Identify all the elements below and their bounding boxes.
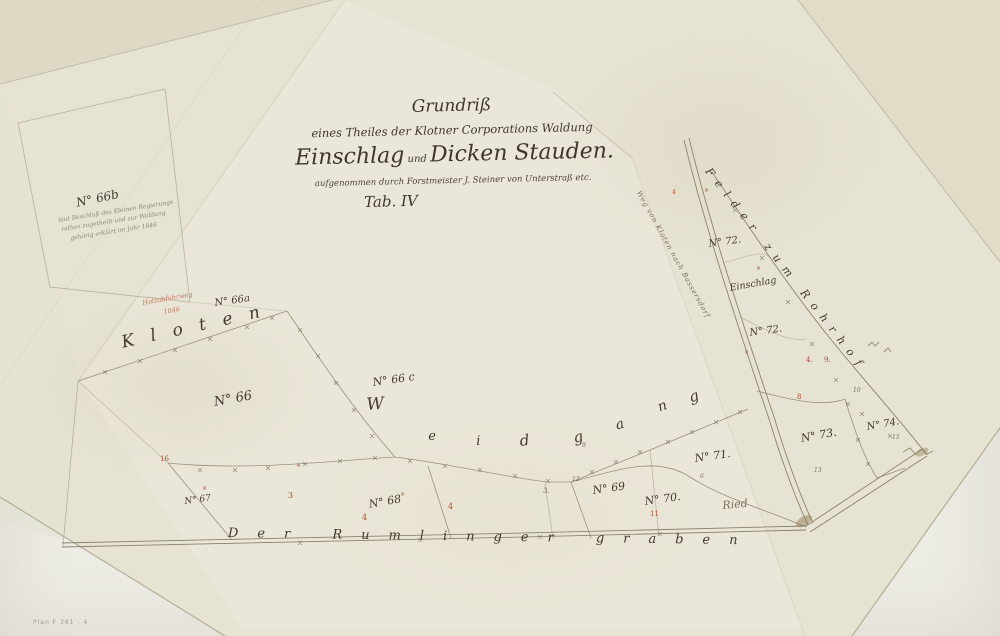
black-mark: 10 [853, 388, 861, 394]
parcel-label-69: N° 69 [592, 480, 626, 495]
area-label-ried: Ried [722, 498, 748, 511]
red-mark: 11 [650, 511, 659, 518]
red-mark: 8 [797, 394, 801, 401]
road-label: Weg von Kloten nach Bassersdorf [635, 190, 711, 319]
red-mark: 3 [288, 492, 293, 500]
red-cross: × [756, 266, 761, 272]
region-letter-n: n [656, 398, 669, 414]
parcel-label-72-upper: N° 72. [708, 235, 742, 249]
black-mark: 12 [572, 477, 580, 483]
red-mark: 4 [362, 514, 367, 522]
region-letter-e: e [428, 430, 436, 443]
region-letter-g2: g [687, 388, 701, 405]
parcel-label-66b: N° 66b [75, 188, 120, 209]
red-cross: × [400, 492, 405, 498]
map-title-line2: eines Theiles der Klotner Corporations W… [294, 119, 609, 140]
region-word-felder-zum-rohrhof: Felder zum Rohrhof [703, 166, 869, 374]
black-mark: 6 [700, 474, 704, 480]
region-word-kloten: Kloten [120, 301, 278, 352]
black-mark: 13 [814, 468, 822, 474]
parcel-label-70: N° 70. [644, 491, 681, 507]
red-mark: 9. [824, 357, 831, 364]
red-cross: × [704, 188, 709, 194]
red-note-holzabfuhrweg: Holzabfuhrweg [142, 291, 193, 306]
title-block: Grundriß eines Theiles der Klotner Corpo… [294, 92, 611, 212]
red-mark: 16 [160, 456, 169, 463]
parcel-label-71: N° 71. [694, 448, 731, 464]
region-word-graben: Der Rumlinger graben [228, 527, 757, 547]
map-title-einschlag: Einschlag [295, 143, 405, 170]
map-title-und: und [404, 154, 430, 166]
map-title-line3: Einschlag und Dicken Stauden. [295, 138, 610, 170]
parcel-label-72-lower: N° 72. [749, 324, 783, 338]
red-cross: × [296, 463, 301, 469]
parcel-label-74: N° 74. [866, 417, 900, 433]
parcel-label-66c: N° 66 c [372, 371, 415, 388]
map-sheet: Grundriß eines Theiles der Klotner Corpo… [0, 0, 1000, 636]
map-title-dicken-stauden: Dicken Stauden. [430, 138, 615, 167]
black-mark: 9 [582, 443, 586, 449]
parcel-label-67: N° 67 [184, 494, 212, 507]
black-mark: 15 [892, 435, 900, 441]
red-mark: 4 [672, 190, 676, 196]
red-mark: 4. [806, 357, 813, 364]
red-note-1846: 1846 [163, 306, 180, 315]
black-mark: 3. [543, 488, 550, 495]
parcel-label-68: N° 68 [368, 493, 402, 509]
red-mark: 4 [448, 503, 453, 511]
map-title-surveyor: aufgenommen durch Forstmeister J. Steine… [296, 172, 611, 189]
red-cross: × [744, 350, 749, 356]
region-letter-i: i [476, 435, 481, 448]
region-letter-w: W [366, 396, 385, 414]
parcel-label-73: N° 73. [800, 427, 837, 444]
area-label-einschlag: Einschlag [729, 276, 777, 294]
region-letter-a: a [614, 417, 626, 433]
archive-signature: Plan F 361 : 4 [33, 620, 88, 626]
red-cross: × [202, 486, 207, 492]
region-letter-d: d [519, 433, 530, 449]
parcel-label-66: N° 66 [213, 389, 253, 408]
